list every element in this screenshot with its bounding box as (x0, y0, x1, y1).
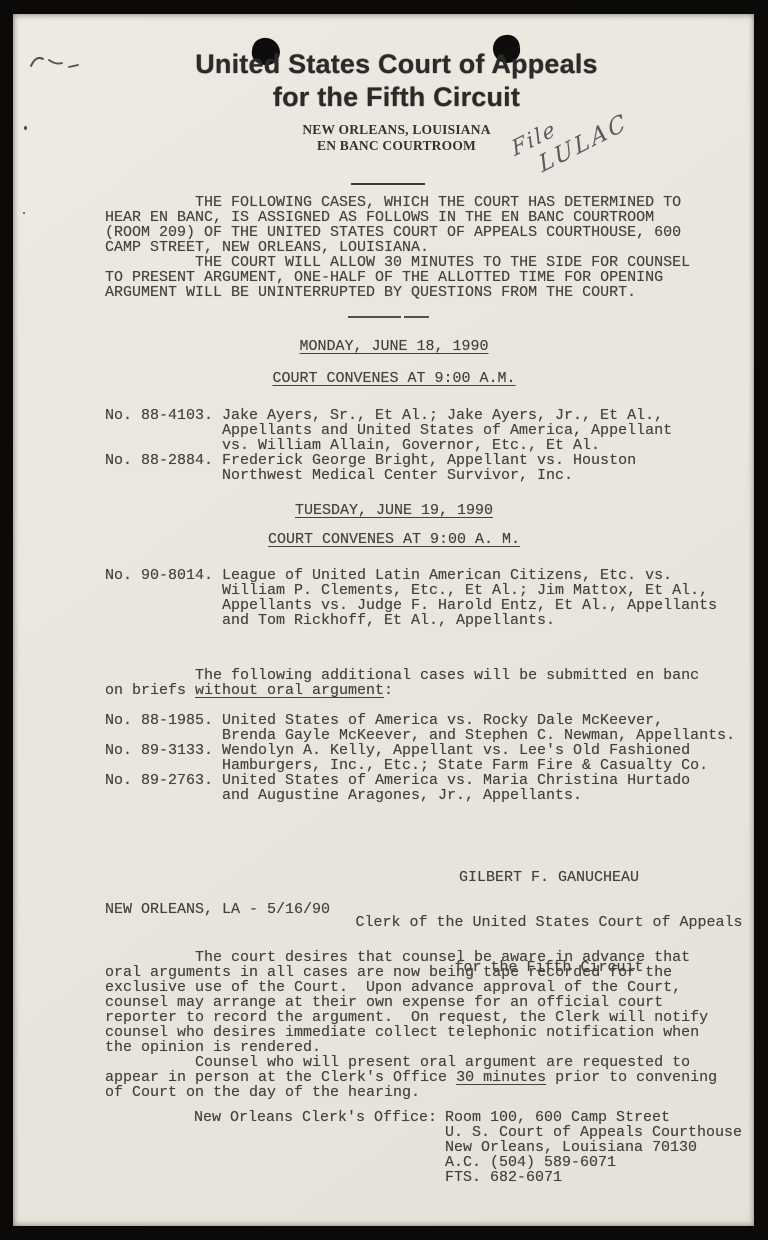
underlined-phrase: without oral argument (195, 682, 384, 699)
monday-case-list: No. 88-4103. Jake Ayers, Sr., Et Al.; Ja… (105, 408, 672, 483)
case-number: No. 88-1985. (105, 713, 222, 728)
clerks-office-address: Room 100, 600 Camp Street U. S. Court of… (445, 1110, 742, 1185)
case-row: No. 88-2884. Frederick George Bright, Ap… (105, 453, 672, 483)
case-number: No. 89-3133. (105, 743, 222, 758)
document-page: United States Court of Appeals for the F… (13, 14, 754, 1226)
separator-line-1 (351, 183, 425, 185)
case-row: No. 88-4103. Jake Ayers, Sr., Et Al.; Ja… (105, 408, 672, 453)
case-description: Frederick George Bright, Appellant vs. H… (222, 453, 636, 483)
ink-speck (23, 212, 25, 214)
clerk-name: GILBERT F. GANUCHEAU (249, 870, 768, 885)
case-description: Jake Ayers, Sr., Et Al.; Jake Ayers, Jr.… (222, 408, 672, 453)
underlined-phrase: 30 minutes (456, 1069, 546, 1086)
separator-line-2a (348, 316, 401, 318)
case-row: No. 89-3133. Wendolyn A. Kelly, Appellan… (105, 743, 735, 773)
case-description: League of United Latin American Citizens… (222, 568, 717, 628)
case-description: United States of America vs. Rocky Dale … (222, 713, 735, 743)
scanned-document-screenshot: { "header": { "title_line1": "United Sta… (0, 0, 768, 1240)
case-description: United States of America vs. Maria Chris… (222, 773, 690, 803)
notice-paragraph: The court desires that counsel be aware … (105, 950, 717, 1100)
clerks-office-block: New Orleans Clerk's Office: Room 100, 60… (194, 1110, 742, 1185)
case-row: No. 89-2763. United States of America vs… (105, 773, 735, 803)
ink-speck (24, 126, 27, 130)
case-number: No. 90-8014. (105, 568, 222, 583)
monday-date-heading: MONDAY, JUNE 18, 1990 (13, 339, 768, 354)
case-row: No. 88-1985. United States of America vs… (105, 713, 735, 743)
dateline: NEW ORLEANS, LA - 5/16/90 (105, 902, 330, 917)
tuesday-case-list: No. 90-8014. League of United Latin Amer… (105, 568, 717, 628)
case-description: Wendolyn A. Kelly, Appellant vs. Lee's O… (222, 743, 708, 773)
separator-line-2b (404, 316, 429, 318)
tuesday-date-heading: TUESDAY, JUNE 19, 1990 (13, 503, 768, 518)
clerks-office-label: New Orleans Clerk's Office: (194, 1110, 445, 1185)
additional-case-list: No. 88-1985. United States of America vs… (105, 713, 735, 803)
case-row: No. 90-8014. League of United Latin Amer… (105, 568, 717, 628)
tuesday-convene-heading: COURT CONVENES AT 9:00 A. M. (13, 532, 768, 547)
monday-convene-heading: COURT CONVENES AT 9:00 A.M. (13, 371, 768, 386)
case-number: No. 89-2763. (105, 773, 222, 788)
case-number: No. 88-2884. (105, 453, 222, 468)
intro-paragraph: THE FOLLOWING CASES, WHICH THE COURT HAS… (105, 195, 690, 300)
additional-cases-intro: The following additional cases will be s… (105, 668, 699, 698)
case-number: No. 88-4103. (105, 408, 222, 423)
